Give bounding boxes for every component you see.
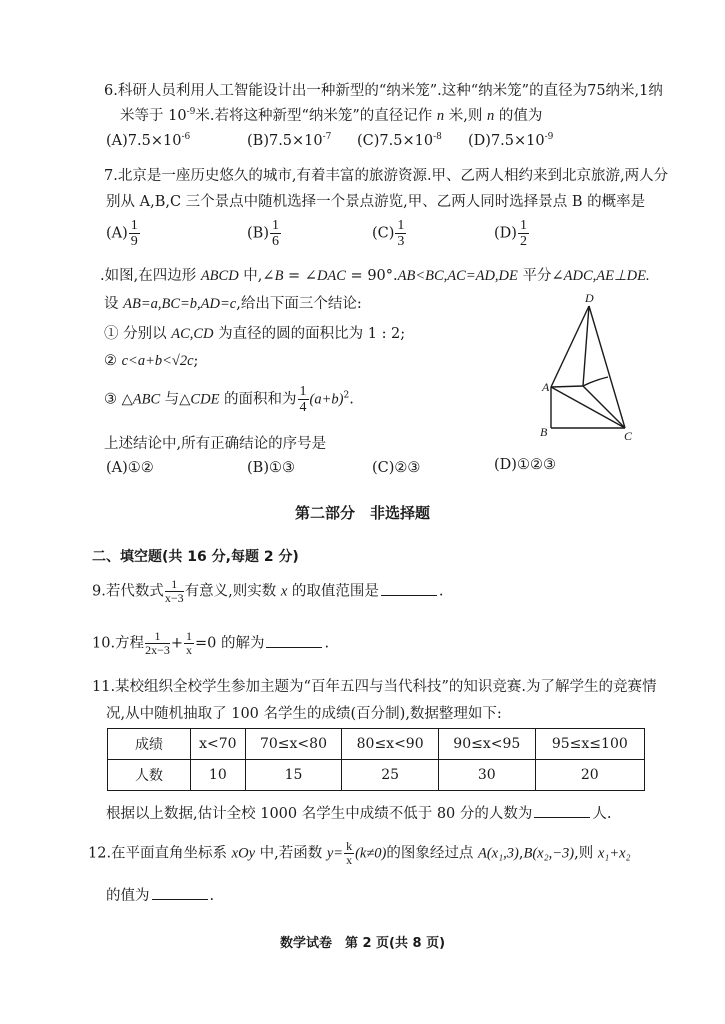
math: AC,CD [171,326,213,342]
text: .如图,在四边形 [100,268,201,284]
q7-option-a: (A)19 [106,218,141,249]
math: x₁+x₂ [598,846,631,862]
table-row: 成绩 x<70 70≤x<80 80≤x<90 90≤x<95 95≤x≤100 [108,729,645,760]
table-cell: 30 [438,760,535,791]
math: y= [327,846,343,862]
text: 9.若代数式 [92,584,164,600]
q6-line2-a: 米等于 10 [120,108,187,124]
table-row: 人数 10 15 25 30 20 [108,760,645,791]
q8-question: 上述结论中,所有正确结论的序号是 [104,432,326,453]
text: 中,若函数 [255,846,327,862]
section-heading: 二、填空题(共 16 分,每题 2 分) [92,546,299,566]
fraction: 13 [395,218,406,249]
math: B(x₂,−3) [523,846,574,862]
q8-option-a: (A)①② [106,460,154,476]
option-label: (C) [372,226,394,242]
numerator: k [344,840,354,854]
numerator: 1 [165,578,184,592]
answer-blank[interactable] [381,583,437,596]
text: 的取值范围是 [287,584,379,600]
quadrilateral-figure: D A B C [530,290,650,445]
text: . [439,584,444,600]
denominator: x−3 [165,592,184,605]
math: AB=a,BC=b,AD=c [123,296,236,312]
q11-line1: 11.某校组织全校学生参加主题为“百年五四与当代科技”的知识竞赛.为了解学生的竞… [92,675,657,696]
text: . [324,636,329,652]
fraction: 1x [184,630,194,657]
answer-blank[interactable] [152,887,208,900]
text: . [349,392,354,408]
q12-line1: 12.在平面直角坐标系 xOy 中,若函数 y=kx(k≠0)的图象经过点 A(… [88,840,631,867]
table-cell: x<70 [191,729,246,760]
math: A(x₁,3) [478,846,519,862]
math: CDE [190,392,219,408]
text: ; [194,353,199,369]
text: ① 分别以 [104,326,171,342]
q6-line2: 米等于 10-9米.若将这种新型“纳米笼”的直径记作 n 米,则 n 的值为 [120,104,542,125]
numerator: 1 [270,218,281,234]
denominator: x [344,854,354,867]
text: ② [104,353,122,369]
q6-option-b: (B)7.5×10-7 [247,132,331,149]
option-exp: -8 [433,132,442,142]
numerator: 1 [145,630,170,644]
denominator: 6 [270,234,281,249]
numerator: 1 [298,384,309,400]
q7-option-b: (B)16 [247,218,282,249]
numerator: 1 [518,218,529,234]
q8-conclusion-3: ③ △ABC 与△CDE 的面积和为14(a+b)2. [104,384,354,415]
math: xOy [232,846,255,862]
q6-line2-c: 米,则 [444,108,487,124]
math: ADC,AE⊥DE. [564,268,650,284]
q6-option-c: (C)7.5×10-8 [357,132,442,149]
q11-line3: 根据以上数据,估计全校 1000 名学生中成绩不低于 80 分的人数为人. [106,802,612,823]
q6-option-a: (A)7.5×10-6 [106,132,190,149]
text: 平分∠ [518,268,564,284]
table-cell: 80≤x<90 [342,729,439,760]
q6-line1: 6.科研人员利用人工智能设计出一种新型的“纳米笼”.这种“纳米笼”的直径为75纳… [104,79,663,100]
q7-option-d: (D)12 [494,218,530,249]
answer-blank[interactable] [534,805,590,818]
label-b: B [540,425,548,439]
label-a: A [541,380,550,394]
q8-line1: .如图,在四边形 ABCD 中,∠B = ∠DAC = 90°.AB<BC,AC… [100,264,650,285]
table-header: 人数 [108,760,191,791]
option-label: (D) [494,226,517,242]
numerator: 1 [184,630,194,644]
q8-option-c: (C)②③ [372,460,420,476]
text: 的值为 [106,888,150,904]
table-cell: 15 [245,760,342,791]
q6-option-d: (D)7.5×10-9 [468,132,553,149]
page-footer: 数学试卷 第 2 页(共 8 页) [0,932,725,951]
math: AB<BC,AC=AD,DE [398,268,518,284]
text: 10.方程 [92,636,144,652]
q10: 10.方程12x−3+1x=0 的解为. [92,630,329,657]
denominator: 3 [395,234,406,249]
text: 设 [104,296,123,312]
option-exp: -9 [545,132,554,142]
numerator: 1 [129,218,140,234]
text: 有意义,则实数 [185,584,281,600]
q7-line1: 7.北京是一座历史悠久的城市,有着丰富的旅游资源.甲、乙两人相约来到北京旅游,两… [104,164,668,185]
math: ABCD [201,268,239,284]
answer-blank[interactable] [266,635,322,648]
fraction: 12 [518,218,529,249]
text: = ∠ [283,268,317,284]
q9: 9.若代数式1x−3有意义,则实数 x 的取值范围是. [92,578,444,605]
text: 为直径的圆的面积比为 1 : 2; [214,326,406,342]
scores-table: 成绩 x<70 70≤x<80 80≤x<90 90≤x<95 95≤x≤100… [107,728,645,791]
text: ,给出下面三个结论: [236,296,362,312]
text: . [210,888,215,904]
denominator: 4 [298,400,309,415]
math: (a+b) [310,392,344,408]
table-cell: 95≤x≤100 [535,729,644,760]
text: ,则 [574,846,598,862]
text: 的图象经过点 [386,846,478,862]
text: 根据以上数据,估计全校 1000 名学生中成绩不低于 80 分的人数为 [106,806,532,822]
option-exp: -7 [323,132,332,142]
text: 12.在平面直角坐标系 [88,846,232,862]
label-d: D [584,291,594,305]
fraction: 19 [129,218,140,249]
table-cell: 70≤x<80 [245,729,342,760]
text: 中,∠ [239,268,275,284]
q8-conclusion-2: ② c<a+b<√2c; [104,353,198,370]
fraction: 12x−3 [145,630,170,657]
denominator: x [184,644,194,657]
option-label: (B)7.5×10 [247,133,323,149]
option-exp: -6 [181,132,190,142]
text: 人. [592,806,611,822]
denominator: 2x−3 [145,644,170,657]
q11-line2: 况,从中随机抽取了 100 名学生的成绩(百分制),数据整理如下: [106,702,502,723]
denominator: 2 [518,234,529,249]
math: DAC [317,268,346,284]
fraction: kx [344,840,354,867]
table-cell: 20 [535,760,644,791]
math: (k≠0) [355,846,386,862]
option-label: (B) [247,226,269,242]
q8-option-d: (D)①②③ [494,457,556,473]
q8-option-b: (B)①③ [247,460,295,476]
option-label: (D)7.5×10 [468,133,545,149]
option-label: (C)7.5×10 [357,133,433,149]
text: 与△ [160,392,190,408]
fraction: 16 [270,218,281,249]
q7-line2: 别从 A,B,C 三个景点中随机选择一个景点游览,甲、乙两人同时选择景点 B 的… [106,190,645,211]
table-cell: 10 [191,760,246,791]
text: + [171,636,183,652]
numerator: 1 [395,218,406,234]
q8-conclusion-1: ① 分别以 AC,CD 为直径的圆的面积比为 1 : 2; [104,322,405,343]
option-label: (A)7.5×10 [106,133,181,149]
text: 的面积和为 [219,392,296,408]
text: =0 的解为 [195,636,264,652]
q7-option-c: (C)13 [372,218,407,249]
denominator: 9 [129,234,140,249]
text: = 90°. [346,268,398,284]
math: c<a+b<√2c [122,353,194,369]
fraction: 14 [298,384,309,415]
math: ABC [133,392,160,408]
part2-title: 第二部分 非选择题 [0,502,725,523]
option-label: (A) [106,226,128,242]
q6-line2-d: 的值为 [494,108,542,124]
table-cell: 25 [342,760,439,791]
q6-line2-b: 米.若将这种新型“纳米笼”的直径记作 [195,108,437,124]
text: ③ △ [104,392,133,408]
q12-line2: 的值为. [106,884,214,905]
label-c: C [624,429,633,443]
q8-line2: 设 AB=a,BC=b,AD=c,给出下面三个结论: [104,292,362,313]
fraction: 1x−3 [165,578,184,605]
table-cell: 90≤x<95 [438,729,535,760]
table-header: 成绩 [108,729,191,760]
